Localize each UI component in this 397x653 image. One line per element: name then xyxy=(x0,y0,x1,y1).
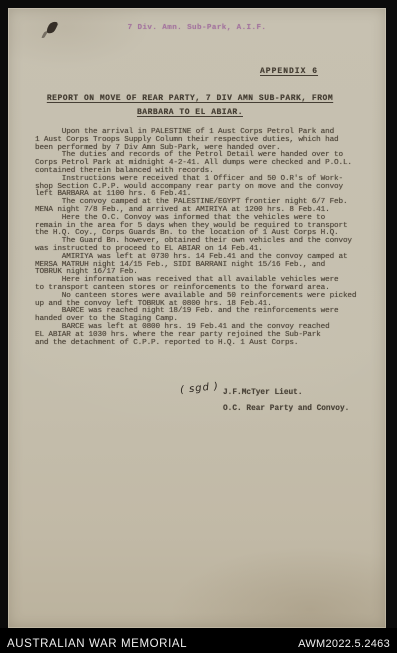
report-paragraph: No canteen stores were available and 50 … xyxy=(35,293,381,309)
signatory-role: O.C. Rear Party and Convoy. xyxy=(223,404,349,414)
ink-blot xyxy=(45,21,59,35)
report-paragraph: AMIRIYA was left at 0730 hrs. 14 Feb.41 … xyxy=(35,254,381,277)
report-paragraph: The Guard Bn. however, obtained their ow… xyxy=(35,238,381,254)
signed-abbreviation: ( sgd ) xyxy=(179,381,219,397)
report-paragraph: Upon the arrival in PALESTINE of 1 Aust … xyxy=(35,129,381,152)
report-title-line2: BARBARA TO EL ABIAR. xyxy=(137,108,243,117)
report-paragraph: Here information was received that all a… xyxy=(35,277,381,293)
report-paragraph: The convoy camped at the PALESTINE/EGYPT… xyxy=(35,199,381,215)
report-paragraph: The duties and records of the Petrol Det… xyxy=(35,152,381,175)
archive-footer: AUSTRALIAN WAR MEMORIAL AWM2022.5.2463 xyxy=(0,628,397,653)
appendix-label: APPENDIX 6 xyxy=(260,67,318,77)
report-paragraph: Here the O.C. Convoy was informed that t… xyxy=(35,215,381,238)
report-paragraph: BARCE was reached night 18/19 Feb. and t… xyxy=(35,308,381,324)
item-id: AWM2022.5.2463 xyxy=(298,638,390,650)
document-page: 7 Div. Amn. Sub-Park, A.I.F. APPENDIX 6 … xyxy=(8,8,386,628)
report-body: Upon the arrival in PALESTINE of 1 Aust … xyxy=(35,129,381,347)
document-scan: 7 Div. Amn. Sub-Park, A.I.F. APPENDIX 6 … xyxy=(0,0,397,653)
archive-name: AUSTRALIAN WAR MEMORIAL xyxy=(7,638,187,650)
unit-stamp: 7 Div. Amn. Sub-Park, A.I.F. xyxy=(122,24,272,33)
report-title: REPORT ON MOVE OF REAR PARTY, 7 DIV AMN … xyxy=(32,92,348,120)
report-title-line1: REPORT ON MOVE OF REAR PARTY, 7 DIV AMN … xyxy=(47,94,333,103)
report-paragraph: Instructions were received that 1 Office… xyxy=(35,176,381,199)
signatory-name: J.F.McTyer Lieut. xyxy=(223,388,303,398)
report-paragraph: BARCE was left at 0800 hrs. 19 Feb.41 an… xyxy=(35,324,381,347)
